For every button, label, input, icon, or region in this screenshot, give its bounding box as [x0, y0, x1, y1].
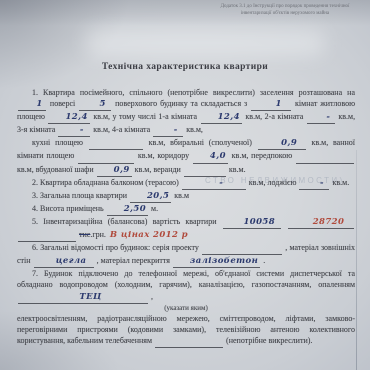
item-2: 2. Квартира обладнана балконом (терасою)… [17, 177, 355, 190]
form-blank: 2,50 [107, 203, 148, 216]
handwritten-value: ТЕЦ [79, 292, 101, 302]
form-blank [155, 335, 223, 348]
form-blank [89, 137, 143, 150]
handwritten-value [53, 230, 56, 240]
form-blank: ТЕЦ [18, 291, 148, 304]
handwritten-value: - [219, 178, 223, 188]
form-text: 2. Квартира обладнана балконом (терасою) [32, 178, 179, 187]
form-blank: 1 [18, 98, 46, 111]
item-1-part-1: 1. Квартира посімейного, спільного (непо… [17, 87, 355, 137]
faint-watermark-band [85, 30, 325, 56]
form-text: кв.м. [229, 165, 246, 174]
form-text: кв.м, передпокою [232, 151, 293, 160]
form-text: кв.м. [332, 178, 349, 187]
form-blank: - [299, 177, 329, 190]
handwritten-value: цегла [56, 256, 87, 266]
form-text: 5. Інвентаризаційна (балансова) вартість… [32, 217, 216, 226]
handwritten-value [187, 336, 190, 346]
form-blank: 0,9 [97, 164, 132, 177]
item-5: 5. Інвентаризаційна (балансова) вартість… [17, 216, 355, 242]
form-text: 3. Загальна площа квартири [32, 191, 127, 200]
appendix-note-line2: інвентаризації об'єктів нерухомого майна [210, 11, 360, 18]
form-blank [296, 150, 354, 163]
form-blank: - [307, 111, 335, 124]
appendix-note-line1: Додаток 3.1 до Інструкції про порядок пр… [210, 4, 360, 11]
handwritten-value: - [174, 125, 178, 135]
item-7-part-1: 7. Будинок підключено до телефонної мере… [17, 268, 355, 303]
form-blank: 5 [79, 98, 111, 111]
handwritten-value: 0,9 [114, 165, 130, 175]
form-text: кв.м [174, 191, 189, 200]
form-text: кв.м, 4-а кімната [93, 125, 150, 134]
form-text: 7. Будинок підключено до телефонної мере… [17, 269, 355, 289]
item-3: 3. Загальна площа квартири 20,5 кв.м [17, 190, 355, 203]
handwritten-value: 12,4 [65, 112, 87, 122]
form-blank: 12,4 [48, 111, 89, 124]
form-text: кв.м, у тому числі 1-а кімната [93, 112, 197, 121]
form-blank: 12,4 [201, 111, 242, 124]
document-body: 1. Квартира посімейного, спільного (непо… [17, 87, 355, 348]
form-blank: 4,0 [193, 150, 228, 163]
document-title: Технічна характеристика квартири [0, 62, 370, 72]
form-text: 1. Квартира посімейного, спільного (непо… [32, 88, 355, 97]
handwritten-value: залізобетон [190, 256, 258, 266]
form-text: (непотрібне викреслити). [226, 336, 312, 345]
handwritten-value [331, 151, 334, 161]
form-blank [78, 150, 134, 163]
form-blank: - [153, 124, 183, 137]
item-6: 6. Загальні відомості про будинок: серія… [17, 242, 355, 268]
form-blank: 1 [251, 98, 291, 111]
handwritten-value: - [80, 125, 84, 135]
item-7-part-2: електроосвітленням, радіотрансляційною м… [17, 313, 355, 348]
form-blank: 10058 [223, 216, 281, 229]
item-1-part-2: кухні площею кв.м, вбиральні (сполученої… [17, 137, 355, 176]
handwritten-value [112, 151, 115, 161]
form-blank: залізобетон [173, 255, 260, 268]
handwritten-value [122, 138, 125, 148]
document-page: Додаток 3.1 до Інструкції про порядок пр… [0, 0, 370, 370]
handwritten-value: 10058 [243, 217, 275, 227]
struck-text: тис [79, 230, 90, 239]
form-text: кухні площею [32, 138, 83, 147]
handwritten-value: 0,9 [281, 138, 297, 148]
form-text: 4. Висота приміщень [32, 204, 104, 213]
form-text: кв.м, веранди [135, 165, 181, 174]
item-4: 4. Висота приміщень 2,50 м. [17, 203, 355, 216]
form-blank: 20,5 [130, 190, 171, 203]
form-text: м. [151, 204, 158, 213]
handwritten-value [248, 243, 251, 253]
form-blank: цегла [34, 255, 94, 268]
form-blank [202, 242, 282, 255]
handwritten-value: 1 [36, 99, 42, 109]
item-7-hint: (указати яким) [17, 304, 355, 314]
form-text: . [263, 256, 265, 265]
paper-edge-line [356, 150, 357, 370]
handwritten-value: 12,4 [218, 112, 240, 122]
handwritten-value: 4,0 [210, 151, 226, 161]
form-blank: - [182, 177, 246, 190]
form-blank: 0,9 [258, 137, 306, 150]
form-text: 6. Загальні відомості про будинок: серія… [32, 243, 199, 252]
form-text: .грн. [90, 230, 106, 239]
form-text: поверхового будинку та складається з [115, 99, 247, 108]
form-blank: 28720 [288, 216, 354, 229]
form-blank: - [58, 124, 90, 137]
form-text: кв.м, вбудованої шафи [17, 165, 94, 174]
form-blank [18, 229, 76, 242]
form-text: кв.м, лоджією [249, 178, 297, 187]
handwritten-value [211, 165, 214, 175]
form-blank [184, 164, 226, 177]
form-text: кв.м, коридору [138, 151, 189, 160]
form-text: , матеріал перекриття [97, 256, 170, 265]
form-text: поверсі [50, 99, 75, 108]
appendix-note: Додаток 3.1 до Інструкції про порядок пр… [210, 4, 360, 17]
form-text: (указати яким) [164, 304, 208, 312]
handwritten-value: 28720 [313, 217, 345, 227]
form-text: кв.м, 2-а кімната [245, 112, 303, 121]
handwritten-value: 5 [100, 99, 106, 109]
handwritten-value: - [320, 178, 324, 188]
handwritten-value: 1 [275, 99, 281, 109]
handwritten-value: 20,5 [147, 191, 169, 201]
form-text: кв.м, вбиральні (сполученої) [149, 138, 252, 147]
form-text: кв.м, [186, 125, 203, 134]
form-text: , [151, 292, 153, 301]
handwritten-value: - [326, 112, 330, 122]
handwritten-note: В цінах 2012 р [108, 230, 190, 240]
handwritten-value: 2,50 [124, 204, 146, 214]
